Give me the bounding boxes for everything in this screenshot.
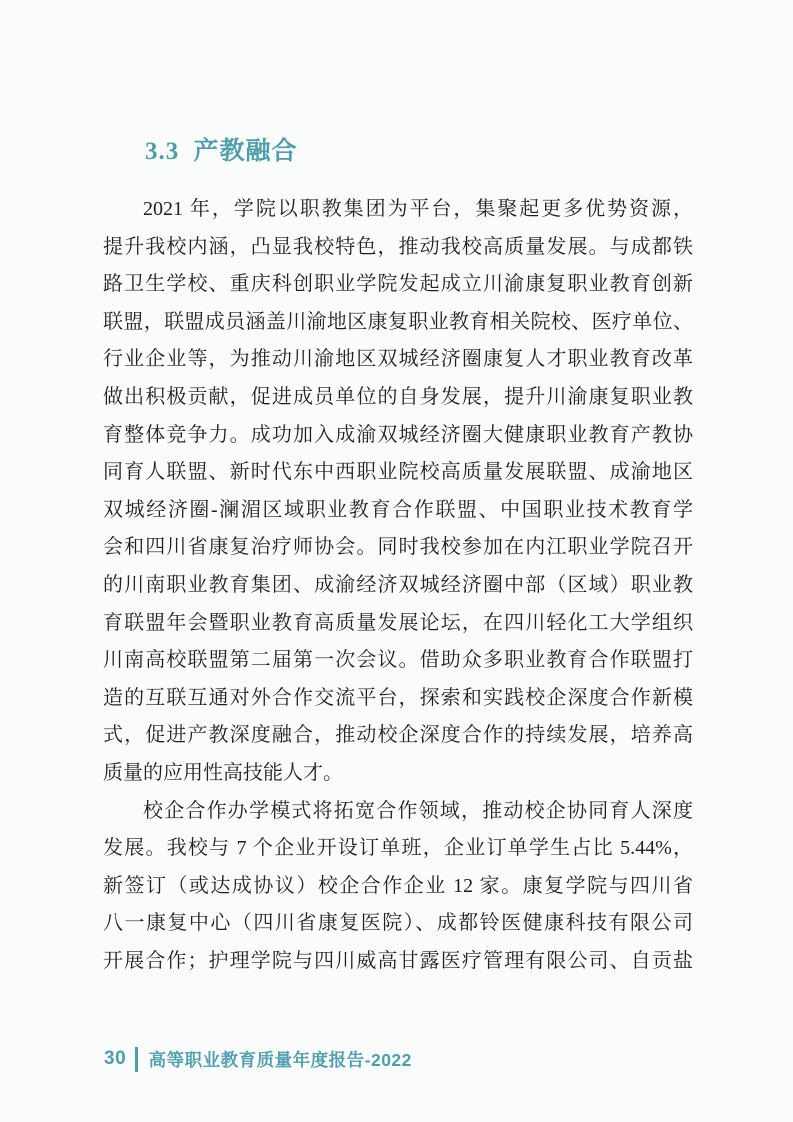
text-line: 同育人联盟、新时代东中西职业院校高质量发展联盟、成渝地区 [103, 454, 693, 492]
text-line: 联盟，联盟成员涵盖川渝地区康复职业教育相关院校、医疗单位、 [103, 304, 693, 342]
text-line: 八一康复中心（四川省康复医院）、成都铃医健康科技有限公司 [103, 905, 693, 943]
text-line: 质量的应用性高技能人才。 [103, 755, 693, 793]
text-line: 的川南职业教育集团、成渝经济双城经济圈中部（区域）职业教 [103, 567, 693, 605]
text-line: 双城经济圈-澜湄区域职业教育合作联盟、中国职业技术教育学 [103, 492, 693, 530]
footer-page-number: 30 [104, 1048, 126, 1070]
text-line: 2021 年，学院以职教集团为平台，集聚起更多优势资源， [103, 191, 693, 229]
document-page: 3.3 产教融合 2021 年，学院以职教集团为平台，集聚起更多优势资源，提升我… [0, 0, 793, 1122]
body-text-block: 2021 年，学院以职教集团为平台，集聚起更多优势资源，提升我校内涵，凸显我校特… [103, 191, 693, 980]
text-line: 发展。我校与 7 个企业开设订单班，企业订单学生占比 5.44%， [103, 830, 693, 868]
footer-report-title: 高等职业教育质量年度报告-2022 [149, 1047, 412, 1072]
text-line: 提升我校内涵，凸显我校特色，推动我校高质量发展。与成都铁 [103, 229, 693, 267]
text-line: 路卫生学校、重庆科创职业学院发起成立川渝康复职业教育创新 [103, 266, 693, 304]
text-line: 造的互联互通对外合作交流平台，探索和实践校企深度合作新模 [103, 680, 693, 718]
text-line: 式，促进产教深度融合，推动校企深度合作的持续发展，培养高 [103, 717, 693, 755]
text-line: 行业企业等，为推动川渝地区双城经济圈康复人才职业教育改革 [103, 341, 693, 379]
page-footer: 30 高等职业教育质量年度报告-2022 [104, 1044, 412, 1074]
text-line: 做出积极贡献，促进成员单位的自身发展，提升川渝康复职业教 [103, 379, 693, 417]
text-line: 会和四川省康复治疗师协会。同时我校参加在内江职业学院召开 [103, 529, 693, 567]
body-paragraph-2: 校企合作办学模式将拓宽合作领域，推动校企协同育人深度发展。我校与 7 个企业开设… [103, 793, 693, 981]
section-heading: 3.3 产教融合 [145, 137, 298, 167]
text-line: 育联盟年会暨职业教育高质量发展论坛，在四川轻化工大学组织 [103, 605, 693, 643]
body-paragraph-1: 2021 年，学院以职教集团为平台，集聚起更多优势资源，提升我校内涵，凸显我校特… [103, 191, 693, 793]
footer-divider [135, 1047, 138, 1072]
text-line: 校企合作办学模式将拓宽合作领域，推动校企协同育人深度 [103, 793, 693, 831]
text-line: 新签订（或达成协议）校企合作企业 12 家。康复学院与四川省 [103, 868, 693, 906]
text-line: 育整体竞争力。成功加入成渝双城经济圈大健康职业教育产教协 [103, 417, 693, 455]
text-line: 川南高校联盟第二届第一次会议。借助众多职业教育合作联盟打 [103, 642, 693, 680]
text-line: 开展合作；护理学院与四川威高甘露医疗管理有限公司、自贡盐 [103, 943, 693, 981]
